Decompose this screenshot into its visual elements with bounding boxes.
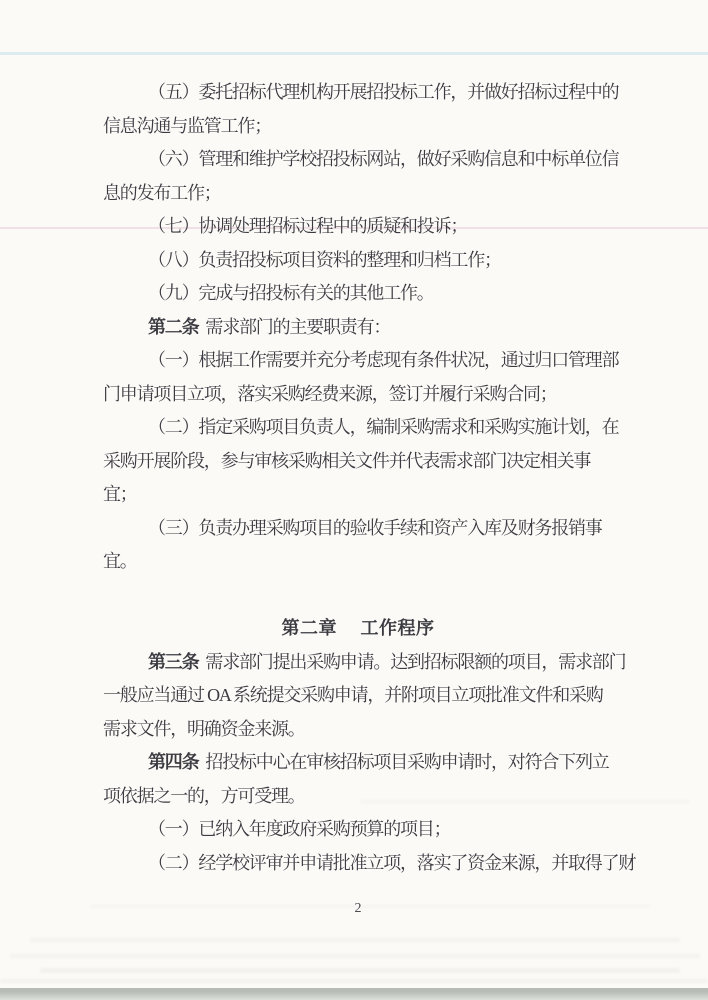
doc-line: 第四条招投标中心在审核招标项目采购申请时，对符合下列立 bbox=[103, 746, 613, 780]
clause-number: 第四条 bbox=[148, 752, 198, 772]
scanned-document-page: （五）委托招标代理机构开展招投标工作，并做好招标过程中的信息沟通与监管工作；（六… bbox=[0, 0, 708, 1000]
page-number: 2 bbox=[103, 901, 613, 917]
doc-line: 一般应当通过 OA 系统提交采购申请，并附项目立项批准文件和采购 bbox=[103, 679, 613, 713]
doc-line: 宜； bbox=[103, 478, 613, 512]
clause-number: 第三条 bbox=[148, 652, 198, 672]
doc-line: 采购开展阶段，参与审核采购相关文件并代表需求部门决定相关事 bbox=[103, 445, 613, 479]
scan-bleedthrough-smudge bbox=[30, 938, 680, 942]
doc-line: 门申请项目立项，落实采购经费来源，签订并履行采购合同； bbox=[103, 378, 613, 412]
doc-line: 第三条需求部门提出采购申请。达到招标限额的项目，需求部门 bbox=[103, 646, 613, 680]
clause-number: 第二条 bbox=[148, 317, 198, 337]
scan-bleedthrough-smudge bbox=[40, 968, 680, 973]
scan-bleedthrough-smudge bbox=[10, 954, 700, 958]
doc-line: （七）协调处理招标过程中的质疑和投诉； bbox=[103, 210, 613, 244]
doc-line: （一）已纳入年度政府采购预算的项目； bbox=[103, 813, 613, 847]
doc-line: （九）完成与招投标有关的其他工作。 bbox=[103, 277, 613, 311]
doc-line: 宜。 bbox=[103, 545, 613, 579]
doc-line: （八）负责招投标项目资料的整理和归档工作； bbox=[103, 244, 613, 278]
chapter-heading: 第二章 工作程序 bbox=[103, 612, 613, 646]
doc-line: （二）经学校评审并申请批准立项，落实了资金来源，并取得了财 bbox=[103, 847, 613, 881]
doc-line: 第二条需求部门的主要职责有： bbox=[103, 311, 613, 345]
scan-bleedthrough-smudge bbox=[0, 979, 708, 983]
doc-line: 项依据之一的，方可受理。 bbox=[103, 780, 613, 814]
scan-artifact-blue-line bbox=[0, 52, 708, 55]
doc-line bbox=[103, 579, 613, 613]
doc-line: （二）指定采购项目负责人，编制采购需求和采购实施计划，在 bbox=[103, 411, 613, 445]
doc-line: （三）负责办理采购项目的验收手续和资产入库及财务报销事 bbox=[103, 512, 613, 546]
document-body: （五）委托招标代理机构开展招投标工作，并做好招标过程中的信息沟通与监管工作；（六… bbox=[103, 76, 613, 880]
doc-line: （六）管理和维护学校招投标网站，做好采购信息和中标单位信 bbox=[103, 143, 613, 177]
scanner-edge-strip bbox=[0, 988, 708, 1000]
doc-line: （一）根据工作需要并充分考虑现有条件状况，通过归口管理部 bbox=[103, 344, 613, 378]
doc-line: 需求文件，明确资金来源。 bbox=[103, 713, 613, 747]
doc-line: 息的发布工作； bbox=[103, 177, 613, 211]
doc-line: （五）委托招标代理机构开展招投标工作，并做好招标过程中的 bbox=[103, 76, 613, 110]
doc-line: 信息沟通与监管工作； bbox=[103, 110, 613, 144]
